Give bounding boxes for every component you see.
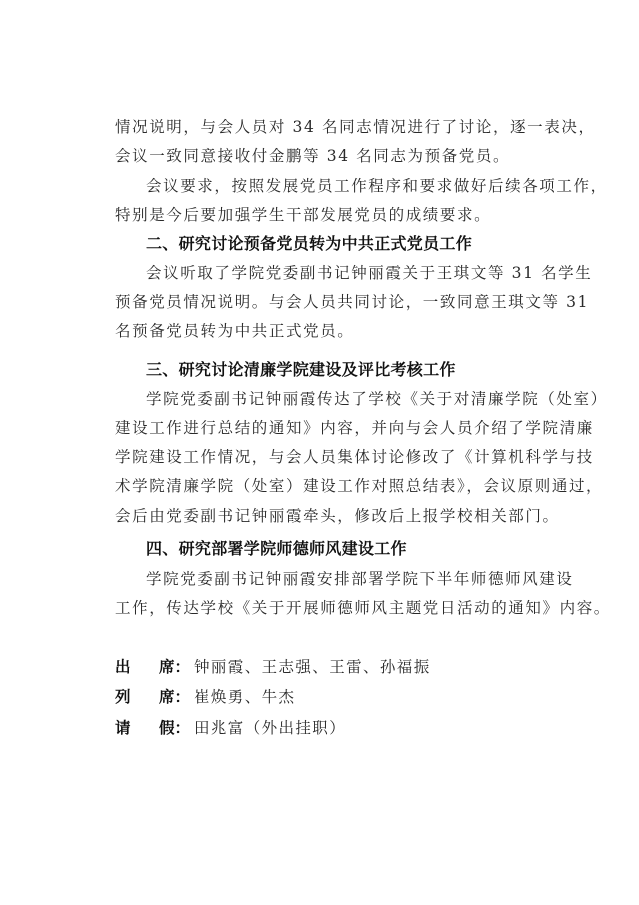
section-heading: 二、研究讨论预备党员转为中共正式党员工作 (146, 233, 472, 255)
paragraph-line: 学院党委副书记钟丽霞安排部署学院下半年师德师风建设 (146, 568, 574, 590)
attendance-absent: 请假：田兆富（外出挂职） (115, 717, 346, 739)
paragraph-line: 名预备党员转为中共正式党员。 (115, 320, 354, 342)
section-heading: 四、研究部署学院师德师风建设工作 (146, 538, 407, 560)
paragraph-line: 学院党委副书记钟丽霞传达了学校《关于对清廉学院（处室） (146, 388, 608, 410)
paragraph-line: 特别是今后要加强学生干部发展党员的成绩要求。 (115, 204, 491, 226)
attendance-names: 崔焕勇、牛杰 (194, 688, 295, 706)
paragraph-line: 会议听取了学院党委副书记钟丽霞关于王琪文等 31 名学生 (146, 262, 592, 284)
attendance-names: 钟丽霞、王志强、王雷、孙福振 (194, 658, 431, 676)
paragraph-line: 会议要求，按照发展党员工作程序和要求做好后续各项工作， (146, 175, 608, 197)
attendance-label: 出席： (115, 656, 194, 678)
paragraph-line: 学院建设工作情况，与会人员集体讨论修改了《计算机科学与技 (115, 446, 594, 468)
attendance-observers: 列席：崔焕勇、牛杰 (115, 686, 295, 708)
paragraph-line: 建设工作进行总结的通知》内容，并向与会人员介绍了学院清廉 (115, 417, 594, 439)
paragraph-line: 预备党员情况说明。与会人员共同讨论，一致同意王琪文等 31 (115, 291, 589, 313)
attendance-label: 列席： (115, 686, 194, 708)
attendance-label: 请假： (115, 717, 194, 739)
attendance-names: 田兆富（外出挂职） (194, 719, 346, 737)
paragraph-line: 会后由党委副书记钟丽霞牵头，修改后上报学校相关部门。 (115, 505, 560, 527)
paragraph-line: 术学院清廉学院（处室）建设工作对照总结表》，会议原则通过， (115, 475, 603, 497)
paragraph-line: 情况说明，与会人员对 34 名同志情况进行了讨论，逐一表决， (115, 116, 596, 138)
attendance-present: 出席：钟丽霞、王志强、王雷、孙福振 (115, 656, 431, 678)
paragraph-line: 工作，传达学校《关于开展师德师风主题党日活动的通知》内容。 (115, 597, 611, 619)
section-heading: 三、研究讨论清廉学院建设及评比考核工作 (146, 359, 456, 381)
paragraph-line: 会议一致同意接收付金鹏等 34 名同志为预备党员。 (115, 145, 510, 167)
